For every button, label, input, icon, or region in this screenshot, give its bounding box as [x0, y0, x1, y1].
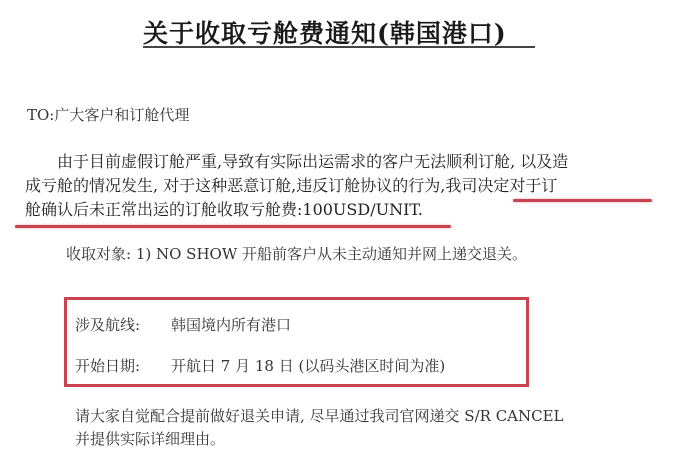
red-highlight-underline [513, 199, 652, 202]
route-value: 韩国境内所有港口 [171, 316, 291, 334]
route-row: 涉及航线:韩国境内所有港口 [75, 314, 291, 335]
route-label: 涉及航线: [75, 314, 171, 335]
red-highlight-underline [15, 225, 451, 228]
charge-target: 收取对象: 1) NO SHOW 开船前客户从未主动通知并网上递交退关。 [66, 243, 527, 264]
closing-line-1: 请大家自觉配合提前做好退关申请, 尽早通过我司官网递交 S/R CANCEL [75, 405, 564, 428]
closing-text: 请大家自觉配合提前做好退关申请, 尽早通过我司官网递交 S/R CANCEL 并… [75, 405, 564, 451]
start-date-row: 开始日期:开航日 7 月 18 日 (以码头港区时间为准) [75, 355, 445, 376]
notice-body: 由于目前虚假订舱严重,导致有实际出运需求的客户无法顺利订舱, 以及造 成亏舱的情… [25, 150, 655, 222]
closing-line-2: 并提供实际详细理由。 [75, 428, 564, 451]
start-date-value: 开航日 7 月 18 日 (以码头港区时间为准) [171, 357, 445, 375]
recipient-line: TO:广大客户和订舱代理 [27, 104, 189, 125]
body-line-1: 由于目前虚假订舱严重,导致有实际出运需求的客户无法顺利订舱, 以及造 [25, 150, 655, 174]
notice-title: 关于收取亏舱费通知(韩国港口) [143, 14, 533, 50]
start-date-label: 开始日期: [75, 355, 171, 376]
body-line-2: 成亏舱的情况发生, 对于这种恶意订舱,违反订舱协议的行为,我司决定对于订 [25, 174, 655, 198]
title-underline [143, 46, 535, 48]
